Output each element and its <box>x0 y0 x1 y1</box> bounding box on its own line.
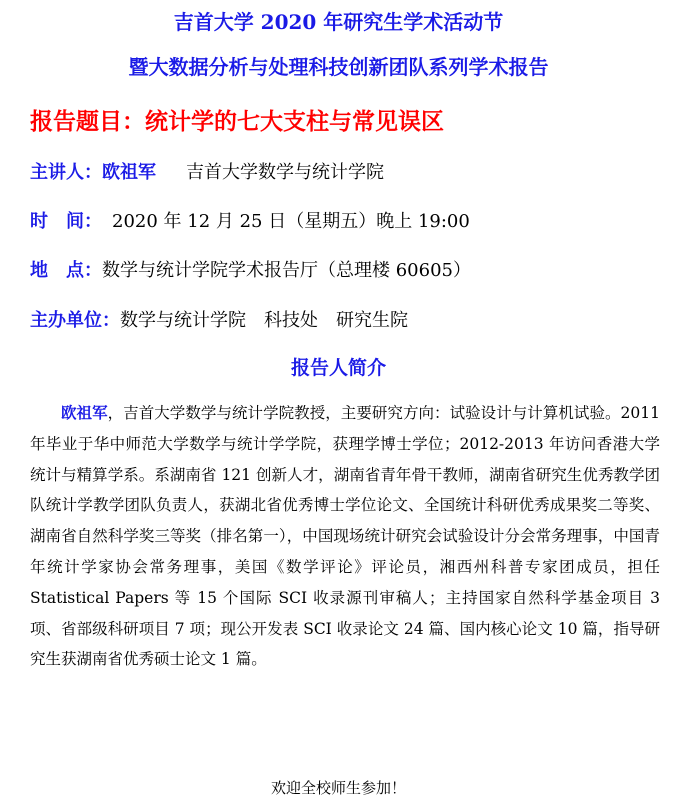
organizers-value: 数学与统计学院 科技处 研究生院 <box>120 310 408 331</box>
report-title: 报告题目：统计学的七大支柱与常见误区 <box>30 103 444 136</box>
speaker-row: 主讲人：欧祖军吉首大学数学与统计学院 <box>30 158 384 184</box>
event-subtitle: 暨大数据分析与处理科技创新团队系列学术报告 <box>0 51 677 80</box>
speaker-name: 欧祖军 <box>102 162 156 183</box>
bio-speaker-name: 欧祖军 <box>61 403 108 422</box>
welcome-message: 欢迎全校师生参加！ <box>0 777 677 798</box>
event-title: 吉首大学 2020 年研究生学术活动节 <box>0 6 677 35</box>
location-row: 地 点：数学与统计学院学术报告厅（总理楼 60605） <box>30 256 471 282</box>
location-value: 数学与统计学院学术报告厅（总理楼 60605） <box>102 260 471 281</box>
time-row: 时 间：2020 年 12 月 25 日（星期五）晚上 19:00 <box>30 207 470 233</box>
bio-paragraph: 欧祖军，吉首大学数学与统计学院教授，主要研究方向：试验设计与计算机试验。2011… <box>30 398 660 675</box>
bio-heading: 报告人简介 <box>0 353 677 380</box>
organizers-row: 主办单位：数学与统计学院 科技处 研究生院 <box>30 306 408 332</box>
bio-text: ，吉首大学数学与统计学院教授，主要研究方向：试验设计与计算机试验。2011 年毕… <box>30 404 660 668</box>
time-label: 时 间： <box>30 211 102 232</box>
location-label: 地 点： <box>30 260 102 281</box>
speaker-label: 主讲人： <box>30 162 102 183</box>
organizers-label: 主办单位： <box>30 310 120 331</box>
time-value: 2020 年 12 月 25 日（星期五）晚上 19:00 <box>112 211 470 232</box>
speaker-affiliation: 吉首大学数学与统计学院 <box>186 162 384 183</box>
